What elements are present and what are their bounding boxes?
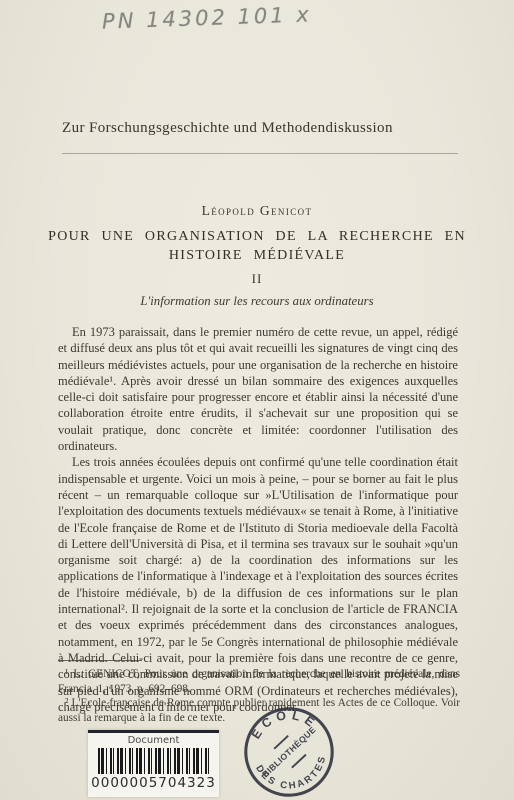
running-head: Zur Forschungsgeschichte und Methodendis… bbox=[62, 120, 458, 137]
barcode-label-title: Document bbox=[88, 735, 219, 746]
library-barcode-label: Document 0000005704323 bbox=[88, 730, 219, 797]
author-name: Léopold Genicot bbox=[0, 203, 514, 219]
library-stamp-icon: ECOLE DES CHARTES BIBLIOTHÈQUE bbox=[233, 696, 344, 800]
stamp-svg: ECOLE DES CHARTES BIBLIOTHÈQUE bbox=[233, 696, 344, 800]
article-subtitle: L'information sur les recours aux ordina… bbox=[0, 294, 514, 309]
article-title: POUR UNE ORGANISATION DE LA RECHERCHE EN… bbox=[40, 227, 474, 265]
stamp-middle-text: BIBLIOTHÈQUE bbox=[260, 724, 318, 779]
scanned-page: PN 14302 101 x Zur Forschungsgeschichte … bbox=[0, 0, 514, 800]
paragraph: En 1973 paraissait, dans le premier numé… bbox=[58, 324, 458, 454]
article-title-line1: POUR UNE ORGANISATION DE LA RECHERCHE EN bbox=[40, 227, 474, 246]
barcode-number: 0000005704323 bbox=[88, 775, 219, 791]
barcode-icon bbox=[98, 748, 209, 774]
part-number: II bbox=[0, 271, 514, 287]
running-head-divider bbox=[62, 153, 458, 154]
handwritten-shelfmark: PN 14302 101 x bbox=[102, 2, 312, 33]
article-body: En 1973 paraissait, dans le premier numé… bbox=[58, 324, 458, 715]
footnote-divider bbox=[58, 660, 142, 661]
article-title-line2: HISTOIRE MÉDIÉVALE bbox=[40, 246, 474, 265]
footnote: ¹ L. GENICOT, Pour une organisation de l… bbox=[58, 667, 460, 696]
